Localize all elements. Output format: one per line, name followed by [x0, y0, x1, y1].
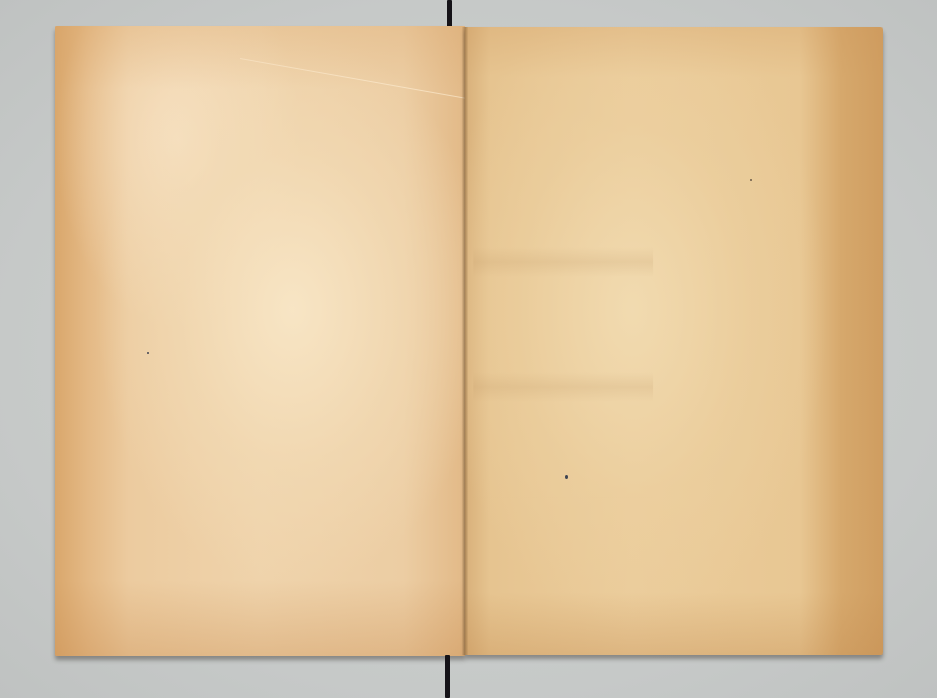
paper-speck [750, 179, 752, 181]
paper-speck [147, 352, 149, 354]
right-page [465, 27, 883, 655]
page-crease [240, 58, 486, 102]
ink-speck [565, 475, 568, 479]
left-page [55, 26, 465, 656]
bookmark-ribbon-bottom [445, 655, 450, 698]
book-gutter [462, 27, 468, 655]
